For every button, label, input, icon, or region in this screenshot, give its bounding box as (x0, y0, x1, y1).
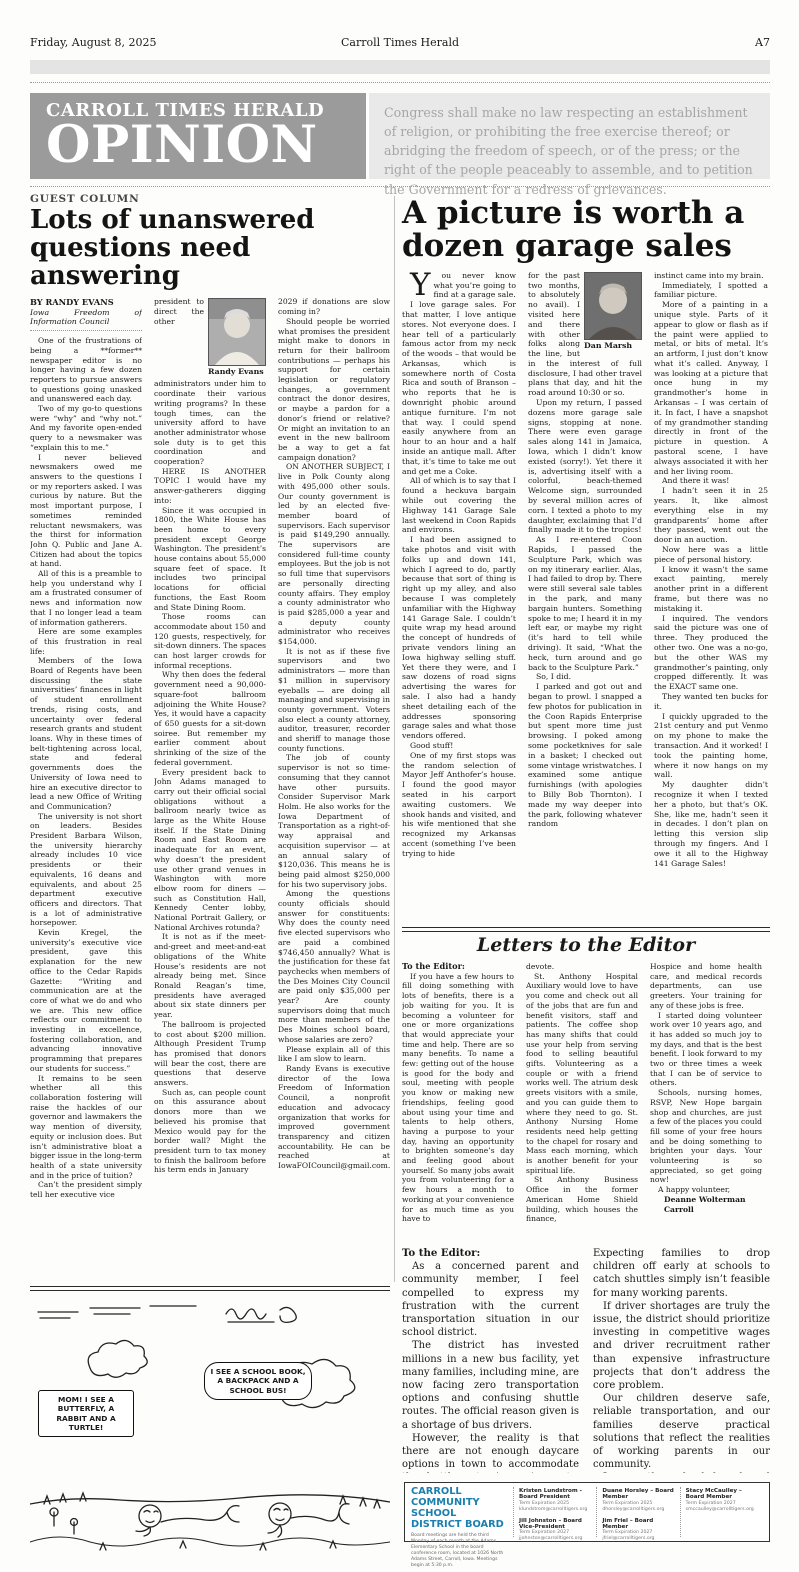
paragraph: Kevin Kregel, the university’s executive… (30, 928, 142, 1074)
paragraph: Upon my return, I passed dozens more gar… (528, 398, 642, 535)
paragraph: I hadn’t seen it in 25 years. It, like a… (654, 486, 768, 545)
paragraph: Carroll (650, 1205, 762, 1215)
board-member: Duane Horsley – Board MemberTerm Expirat… (602, 1488, 674, 1513)
board-member-detail: dhorsley@carrolltigers.org (602, 1507, 674, 1513)
board-member-column: Duane Horsley – Board MemberTerm Expirat… (596, 1487, 679, 1537)
paragraph: Hospice and home health care, and medica… (650, 962, 762, 1011)
paragraph: Why then does the federal government nee… (154, 670, 266, 767)
feature-article: A picture is worth a dozen garage sales … (402, 197, 770, 923)
board-member-detail: klundstrom@carrolltigers.org (519, 1507, 591, 1513)
photo-caption: Randy Evans (208, 368, 266, 377)
speech-bubble-1: MOM! I SEE A BUTTERFLY, A RABBIT AND A T… (38, 1390, 134, 1437)
paragraph: You never know what you’re going to find… (402, 271, 516, 300)
guest-column-article: GUEST COLUMN Lots of unanswered question… (30, 193, 392, 1313)
board-member-column: Kristen Lundstrom - Board PresidentTerm … (513, 1487, 596, 1537)
board-member: Stacy McCaulley – Board MemberTerm Expir… (686, 1488, 758, 1513)
guest-column-headline: Lots of unanswered questions need answer… (30, 207, 392, 290)
board-member-detail: jfriel@carrolltigers.org (602, 1536, 674, 1542)
guest-column-col1: BY RANDY EVANS Iowa Freedom of Informati… (30, 297, 142, 1313)
paragraph: St. Anthony Hospital Auxiliary would lov… (526, 972, 638, 1176)
byline-rule (30, 330, 142, 331)
dotted-rule (30, 82, 770, 83)
letters-section: To the Editor:If you have a few hours to… (402, 962, 770, 1236)
paragraph: instinct came into my brain. (654, 271, 768, 281)
paragraph: 2029 if donations are slow coming in? (278, 297, 390, 316)
photo-caption: Dan Marsh (584, 342, 642, 351)
paragraph: Members of the Iowa Board of Regents hav… (30, 656, 142, 811)
letter2: To the Editor:As a concerned parent and … (402, 1247, 770, 1473)
paragraph: It is not as if the meet-and-greet and m… (154, 932, 266, 1019)
section-double-rule (30, 1286, 390, 1291)
paragraph: If driver shortages are truly the issue,… (593, 1300, 770, 1392)
newspaper-page: Friday, August 8, 2025 Carroll Times Her… (0, 0, 799, 1572)
randy-evans-photo (208, 298, 266, 366)
letter2-col1: To the Editor:As a concerned parent and … (402, 1247, 579, 1473)
author-photo-figure: Dan Marsh (584, 272, 642, 351)
editorial-cartoon: MOM! I SEE A BUTTERFLY, A RABBIT AND A T… (30, 1298, 390, 1562)
paragraph: To the Editor: (402, 962, 514, 972)
school-board-box: CARROLL COMMUNITY SCHOOL DISTRICT BOARD … (404, 1482, 770, 1542)
feature-headline: A picture is worth a dozen garage sales (402, 197, 770, 263)
paragraph: So, I did. (528, 672, 642, 682)
speech-bubble-2: I SEE A SCHOOL BOOK, A BACKPACK AND A SC… (204, 1362, 312, 1400)
author-photo-figure: Randy Evans (208, 298, 266, 377)
paragraph: It is not as if these five supervisors a… (278, 647, 390, 754)
paragraph: I know it wasn’t the same exact painting… (654, 565, 768, 614)
first-amendment-panel: Congress shall make no law respecting an… (369, 93, 770, 179)
masthead-brand-box: CARROLL TIMES HERALD OPINION (30, 93, 366, 179)
byline: BY RANDY EVANS (30, 297, 142, 307)
paragraph: Expecting families to drop children off … (593, 1247, 770, 1300)
feature-col1: You never know what you’re going to find… (402, 271, 516, 923)
board-title-cell: CARROLL COMMUNITY SCHOOL DISTRICT BOARD … (411, 1487, 513, 1537)
paragraph: It remains to be seen whether all this c… (30, 1074, 142, 1181)
paragraph: My daughter didn’t recognize it when I t… (654, 780, 768, 868)
board-member-name: Jim Friel – Board Member (602, 1518, 674, 1531)
board-member: Kristen Lundstrom - Board PresidentTerm … (519, 1488, 591, 1513)
paragraph: Now here was a little piece of personal … (654, 545, 768, 565)
guest-column-kicker: GUEST COLUMN (30, 193, 392, 205)
paragraph: I started doing volunteer work over 10 y… (650, 1011, 762, 1089)
paragraph: I parked and got out and began to prowl.… (528, 682, 642, 829)
letter2-col2: Expecting families to drop children off … (593, 1247, 770, 1473)
board-member: Jill Johnston – Board Vice-PresidentTerm… (519, 1518, 591, 1543)
paragraph: Here are some examples of this frustrati… (30, 627, 142, 656)
paragraph: A happy volunteer, (650, 1185, 762, 1195)
paragraph: Since it was occupied in 1800, the White… (154, 506, 266, 613)
paragraph: I had been assigned to take photos and v… (402, 535, 516, 741)
paragraph: Good stuff! (402, 741, 516, 751)
paragraph: Schools, nursing homes, RSVP, New Hope b… (650, 1088, 762, 1185)
paragraph: Such as, can people count on this assura… (154, 1088, 266, 1175)
paragraph: Randy Evans is executive director of the… (278, 1064, 390, 1171)
paragraph: Every president back to John Adams manag… (154, 768, 266, 933)
paragraph: One of my first stops was the random sel… (402, 751, 516, 859)
board-member-name: Kristen Lundstrom - Board President (519, 1488, 591, 1501)
board-member-detail: jjohnston@carrolltigers.org (519, 1536, 591, 1542)
paragraph: One of the frustrations of being a **for… (30, 336, 142, 404)
opinion-masthead: CARROLL TIMES HERALD OPINION Congress sh… (30, 93, 770, 179)
guest-column-col2: Randy Evans president to direct the othe… (154, 297, 266, 1313)
board-meeting-info: Board meetings are held the third Monday… (411, 1533, 507, 1569)
paragraph: Should people be worried what promises t… (278, 317, 390, 463)
header-divider-bar (30, 60, 770, 74)
board-members: Kristen Lundstrom - Board PresidentTerm … (513, 1487, 763, 1537)
paragraph: To the Editor: (402, 1247, 579, 1260)
board-title: CARROLL COMMUNITY SCHOOL DISTRICT BOARD (411, 1487, 507, 1531)
paragraph: I inquired. The vendors said the picture… (654, 614, 768, 692)
paragraph: devote. (526, 962, 638, 972)
paragraph: Two of my go-to questions were “why” and… (30, 404, 142, 453)
letters-heading: Letters to the Editor (402, 934, 770, 956)
paragraph: I never believed newsmakers owed me answ… (30, 453, 142, 569)
paragraph: Please explain all of this like I am slo… (278, 1045, 390, 1064)
letter1-col3: Hospice and home health care, and medica… (650, 962, 762, 1236)
feature-col3: instinct came into my brain.Immediately,… (654, 271, 768, 923)
paragraph: I urge the school board and district lea… (593, 1471, 770, 1473)
paragraph: The district has invested millions in a … (402, 1339, 579, 1431)
paragraph: More of a painting in a unique style. Pa… (654, 300, 768, 476)
paragraph: Among the questions county officials sho… (278, 889, 390, 1044)
paragraph: And there it was! (654, 476, 768, 486)
header-publication: Carroll Times Herald (30, 36, 770, 49)
page-header: Friday, August 8, 2025 Carroll Times Her… (30, 36, 770, 49)
paragraph: HERE IS ANOTHER TOPIC I would have my an… (154, 467, 266, 506)
paragraph: I quickly upgraded to the 21st century a… (654, 712, 768, 781)
board-member-name: Duane Horsley – Board Member (602, 1488, 674, 1501)
byline-organization: Iowa Freedom of Information Council (30, 308, 142, 327)
section-double-rule (402, 927, 770, 932)
guest-column-col3: 2029 if donations are slow coming in?Sho… (278, 297, 390, 1313)
board-member-name: Stacy McCaulley – Board Member (686, 1488, 758, 1501)
paragraph: The job of county supervisor is not so t… (278, 753, 390, 889)
board-member-detail: smccaulley@carrolltigers.org (686, 1507, 758, 1513)
paragraph: The university is not short on leaders. … (30, 812, 142, 928)
paragraph: The ballroom is projected to cost about … (154, 1020, 266, 1088)
dotted-rule (30, 186, 770, 187)
board-member-column: Stacy McCaulley – Board MemberTerm Expir… (680, 1487, 763, 1537)
board-member: Jim Friel – Board MemberTerm Expiration … (602, 1518, 674, 1543)
feature-col2: Dan Marsh for the past two months, to ab… (528, 271, 642, 923)
paragraph: Our children deserve safe, reliable tran… (593, 1392, 770, 1471)
masthead-section-title: OPINION (46, 121, 350, 169)
letter1-col2: devote.St. Anthony Hospital Auxiliary wo… (526, 962, 638, 1236)
board-member-name: Jill Johnston – Board Vice-President (519, 1518, 591, 1531)
paragraph: However, the reality is that there are n… (402, 1432, 579, 1473)
letter1-col1: To the Editor:If you have a few hours to… (402, 962, 514, 1236)
paragraph: Can’t the president simply tell her exec… (30, 1180, 142, 1199)
paragraph: Immediately, I spotted a familiar pictur… (654, 281, 768, 301)
paragraph: I love garage sales. For that matter, I … (402, 300, 516, 476)
paragraph: ON ANOTHER SUBJECT, I live in Polk Count… (278, 462, 390, 646)
paragraph: As I re-entered Coon Rapids, I passed th… (528, 535, 642, 672)
paragraph: All of this is a preamble to help you un… (30, 569, 142, 627)
paragraph: They wanted ten bucks for it. (654, 692, 768, 712)
paragraph: Deanne Wolterman (650, 1195, 762, 1205)
dan-marsh-photo (584, 272, 642, 340)
paragraph: All of which is to say that I found a he… (402, 476, 516, 535)
first-amendment-text: Congress shall make no law respecting an… (384, 105, 753, 197)
paragraph: As a concerned parent and community memb… (402, 1260, 579, 1339)
column-divider-rule (394, 196, 395, 1282)
paragraph: If you have a few hours to fill doing so… (402, 972, 514, 1224)
paragraph: St Anthony Business Office in the former… (526, 1175, 638, 1224)
paragraph: Those rooms can accommodate about 150 an… (154, 612, 266, 670)
